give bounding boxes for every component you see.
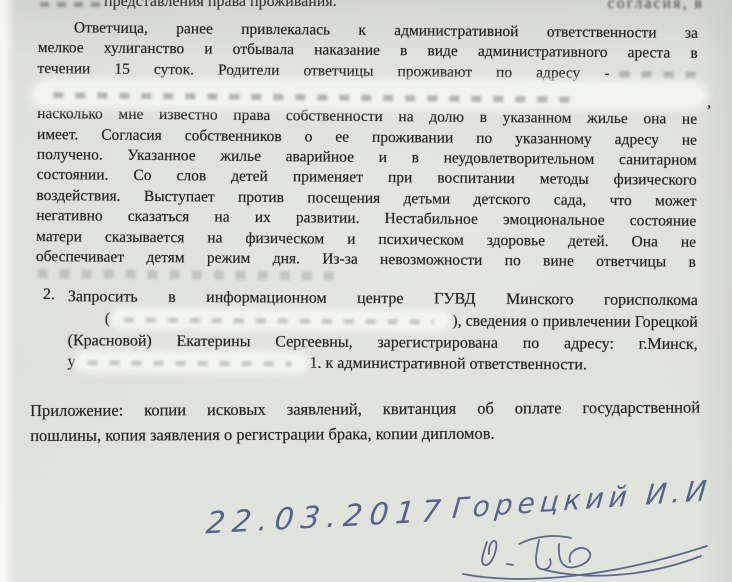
document-photo: представления права проживания. согласия… <box>0 0 732 582</box>
paragraph-administrative-liability: Ответчица, ранее привлекалась к админист… <box>36 18 698 284</box>
clipped-top-line: представления права проживания. согласия… <box>38 0 698 17</box>
erased-address-fragment <box>619 71 697 79</box>
erased-text-traces <box>88 361 292 367</box>
request-item-2: 2. Запросить в информационном центре ГУВ… <box>37 286 698 377</box>
handwritten-date: 22.03.2017 <box>204 494 449 542</box>
text-line: пошлины, копия заявления о регистрации б… <box>30 420 700 448</box>
top-line-text: представления права проживания. <box>104 0 337 11</box>
text-line: Запросить в информационном центре ГУВД М… <box>68 287 698 313</box>
text-line: обеспечивает детям режим дня. Из-за нево… <box>36 247 696 273</box>
faded-text-fragment <box>40 2 100 7</box>
signature <box>455 512 725 582</box>
list-number: 2. <box>37 286 68 373</box>
open-paren: ( <box>105 309 110 331</box>
erased-line-fragment <box>38 269 338 281</box>
attachments-paragraph: Приложение: копии исковых заявлений, кви… <box>30 395 700 448</box>
text-line: у 1. к административной ответственности. <box>67 352 697 378</box>
text-line: Приложение: копии исковых заявлений, кви… <box>30 395 700 423</box>
text-after-redaction: ), сведения о привлечении Горецкой <box>452 311 698 334</box>
trailing-comma: , <box>707 94 711 112</box>
document-text: представления права проживания. согласия… <box>38 0 698 448</box>
erased-text-traces <box>124 318 434 325</box>
text-after-redaction: 1. к административной ответственности. <box>309 354 587 377</box>
redacted-info-center-address <box>114 312 448 329</box>
top-line-right-fragment: согласия, в <box>607 0 704 13</box>
redacted-street-address <box>77 355 305 371</box>
street-prefix: у <box>67 352 75 374</box>
